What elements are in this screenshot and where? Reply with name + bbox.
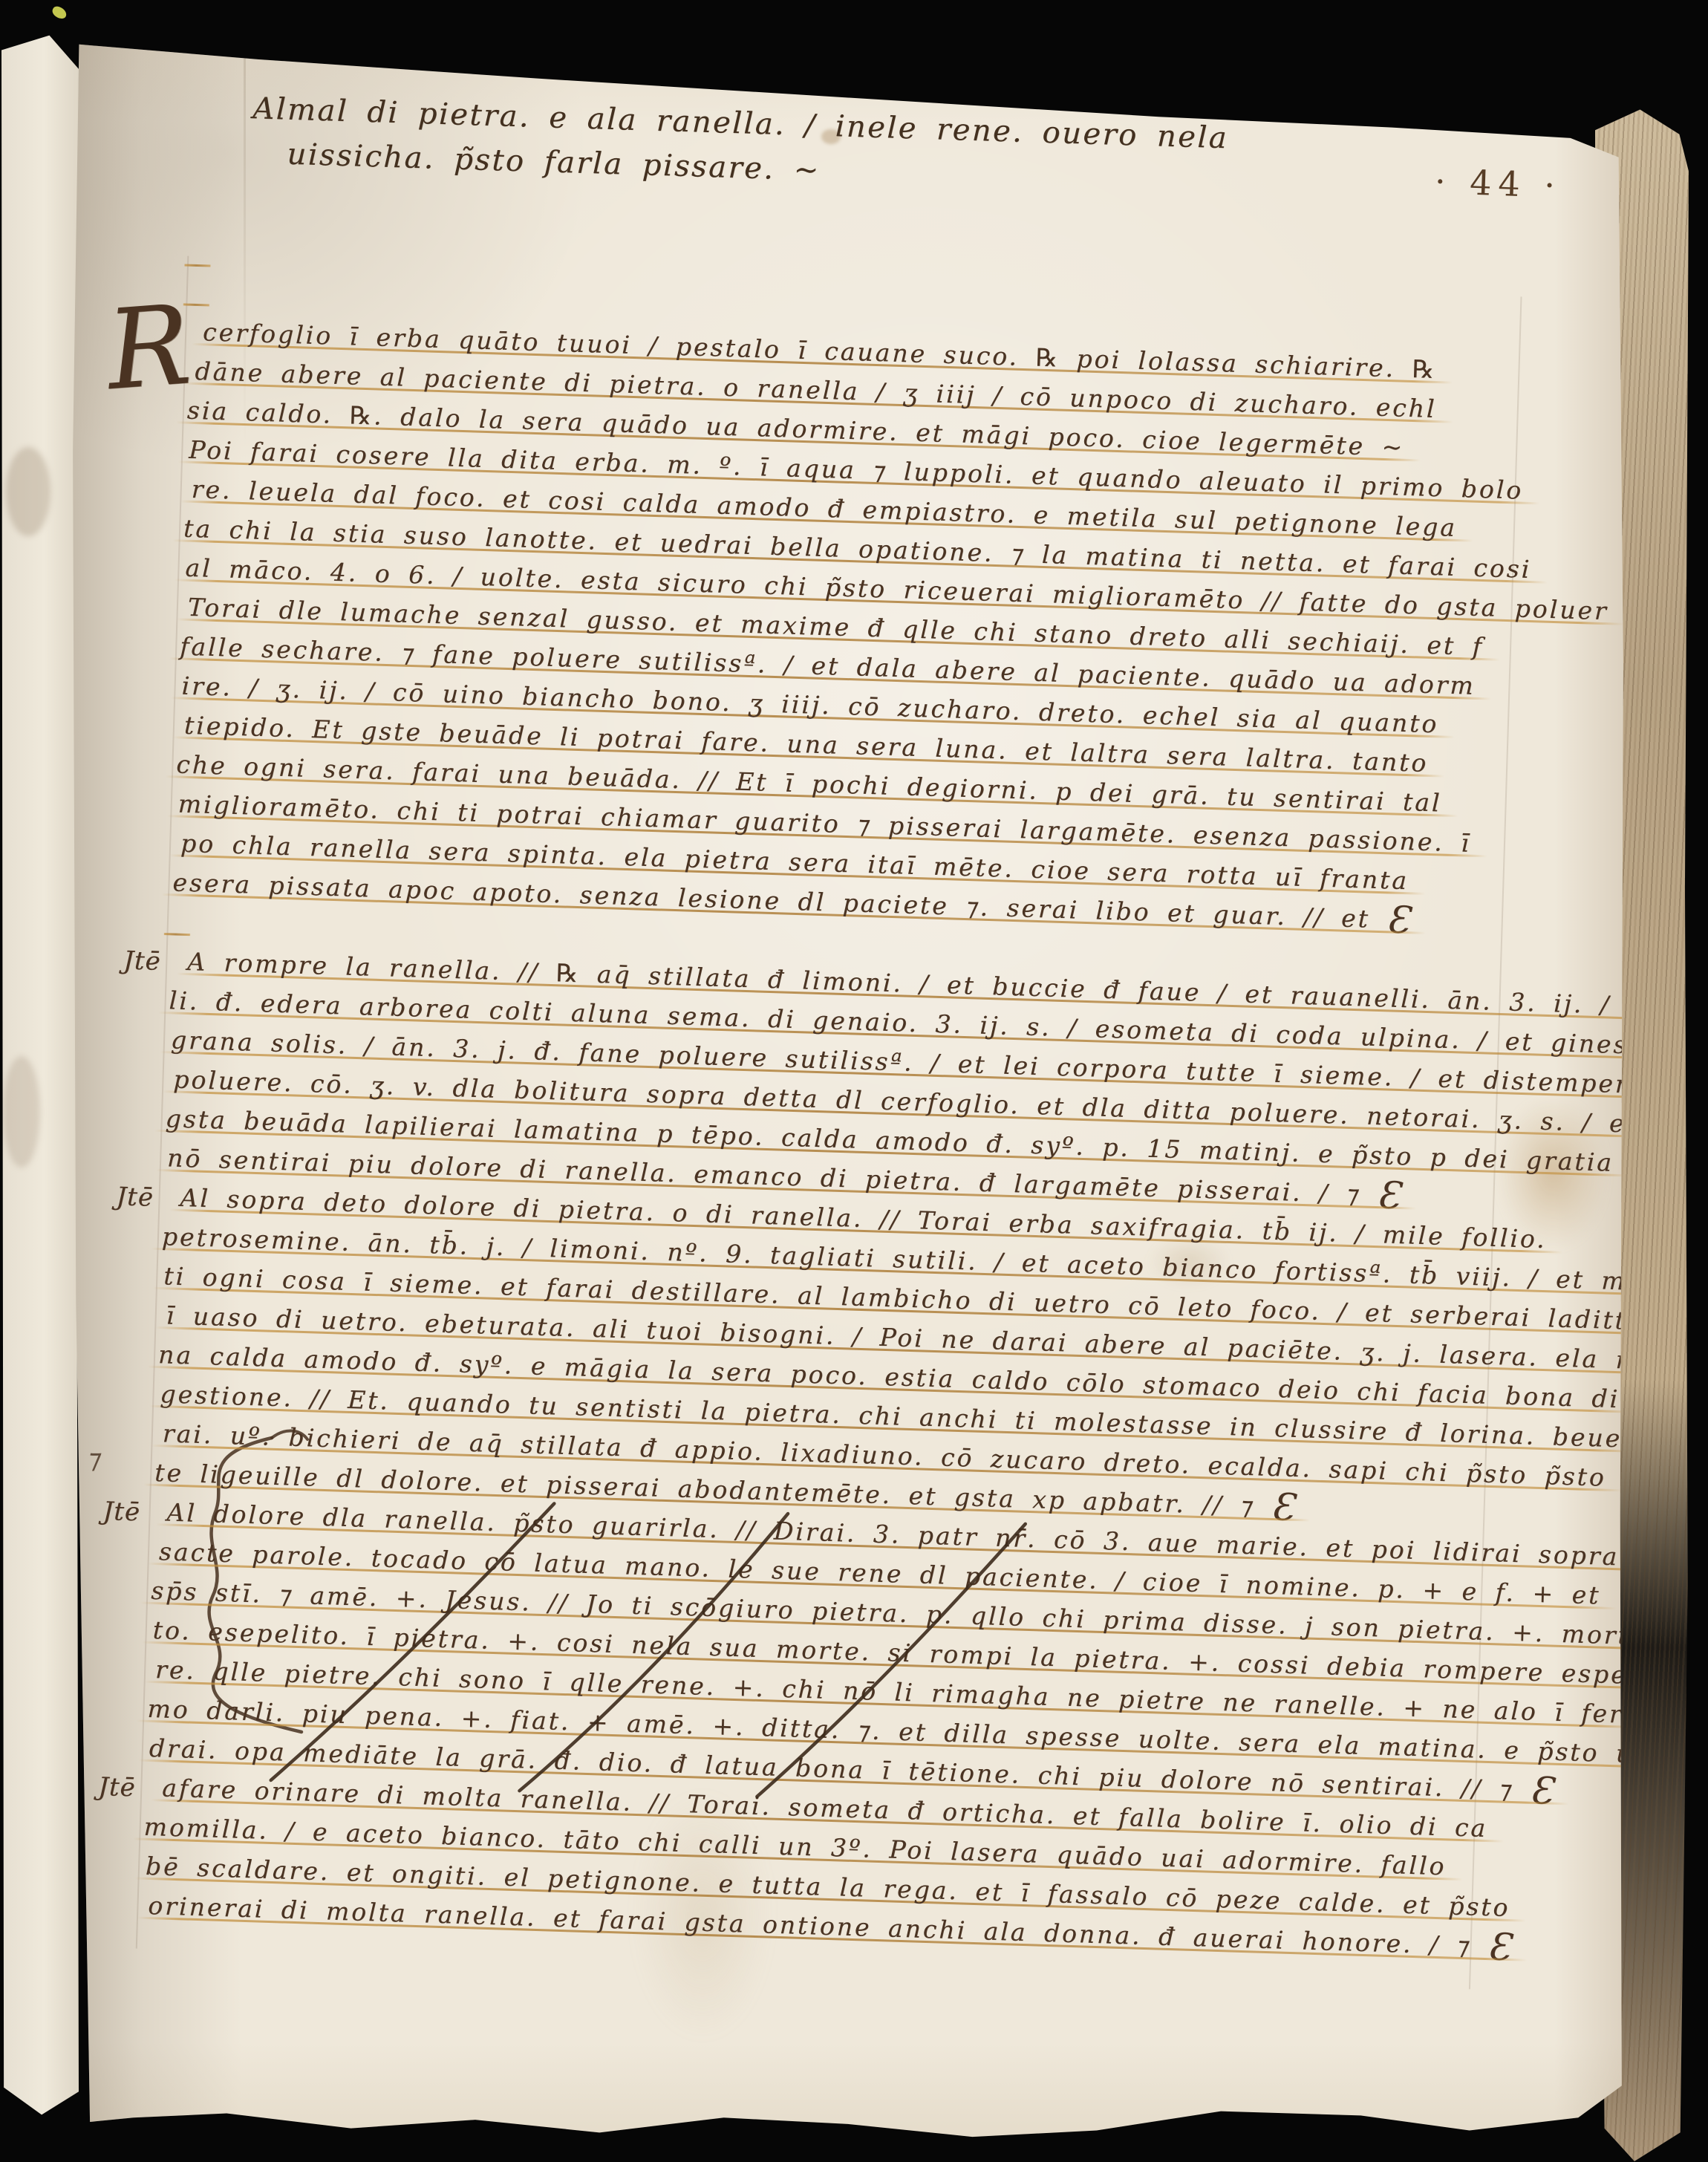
binding-thread	[50, 4, 68, 21]
manuscript-page: · 44 · ⁊ Almal di pietra. e ala ranella.…	[71, 25, 1625, 2154]
header-line-2: uissicha. p̃sto farla pissare. ~	[287, 137, 821, 188]
text-layer: Almal di pietra. e ala ranella. / inele …	[141, 71, 1536, 2057]
end-flourish: Ɛ	[1487, 1925, 1511, 1969]
end-flourish: Ɛ	[1376, 1173, 1401, 1217]
photograph-of-manuscript: · 44 · ⁊ Almal di pietra. e ala ranella.…	[0, 0, 1708, 2162]
manuscript-line	[193, 273, 195, 312]
end-flourish: Ɛ	[1386, 898, 1410, 942]
show-through-mark	[6, 447, 50, 536]
initial-letter: R	[103, 290, 196, 406]
item-marker: Jtē	[98, 1768, 137, 1808]
censor-mark-glyph: ⁊	[88, 1444, 102, 1474]
item-marker: Jtē	[102, 1492, 141, 1533]
manuscript-line	[195, 233, 196, 273]
item-marker: Jtē	[116, 1177, 154, 1218]
end-flourish: Ɛ	[1529, 1769, 1554, 1813]
end-flourish: Ɛ	[1271, 1485, 1295, 1529]
gutter-previous-page-edge	[1, 31, 79, 2132]
item-marker: Jtē	[123, 941, 162, 982]
show-through-mark	[3, 1056, 40, 1168]
manuscript-line	[174, 902, 175, 941]
